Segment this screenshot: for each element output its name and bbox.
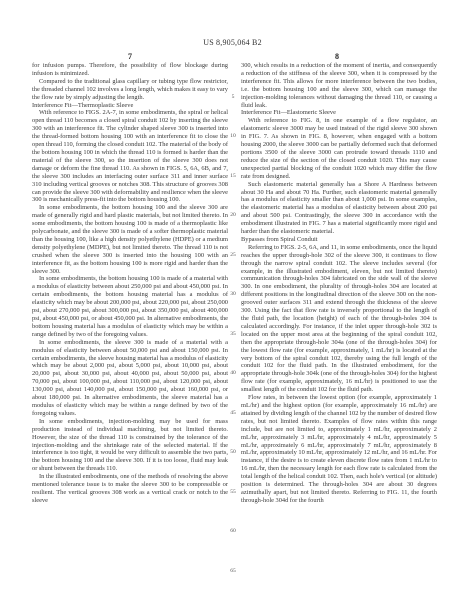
paragraph: In some embodiments, injection-molding m… <box>32 418 228 473</box>
right-column-page-number: 8 <box>327 52 347 61</box>
gutter-line-number: 20 <box>226 212 240 220</box>
section-heading: Interference Fit—Thermoplastic Sleeve <box>32 102 228 110</box>
gutter-line-number: 30 <box>226 291 240 299</box>
paragraph: for infusion pumps. Therefore, the possi… <box>32 62 228 78</box>
section-heading: Interference Fit—Elastomeric Sleeve <box>241 109 437 117</box>
gutter-line-number: 25 <box>226 252 240 260</box>
gutter-line-number: 55 <box>226 489 240 497</box>
paragraph: In the illustrated embodiments, one of t… <box>32 473 228 505</box>
gutter-line-number: 10 <box>226 133 240 141</box>
paragraph: 300, which results in a reduction of the… <box>241 62 437 109</box>
gutter-line-number: 40 <box>226 370 240 378</box>
paragraph: In some embodiments, the bottom housing … <box>32 275 228 338</box>
paragraph: In some embodiments, the bottom housing … <box>32 204 228 275</box>
gutter-line-number: 65 <box>226 568 240 576</box>
paragraph: Such elastomeric material generally has … <box>241 181 437 236</box>
gutter-line-number: 5 <box>226 94 240 102</box>
left-column-page-number: 7 <box>120 52 140 61</box>
left-text-column: for infusion pumps. Therefore, the possi… <box>32 62 228 505</box>
paragraph: Referring to FIGS. 2-5, 6A, and 11, in s… <box>241 244 437 394</box>
gutter-line-number: 45 <box>226 410 240 418</box>
gutter-line-number: 60 <box>226 528 240 536</box>
paragraph: Flow rates, in between the lowest option… <box>241 394 437 505</box>
section-heading: Bypasses from Spiral Conduit <box>241 236 437 244</box>
right-text-column: 300, which results in a reduction of the… <box>241 62 437 505</box>
patent-page: US 8,905,064 B2 7 8 for infusion pumps. … <box>0 0 465 599</box>
paragraph: With reference to FIG. 8, in one example… <box>241 117 437 180</box>
gutter-line-number: 35 <box>226 331 240 339</box>
line-number-gutter: 5101520253035404550556065 <box>226 62 240 582</box>
paragraph: With reference to FIGS. 2A-7, in some em… <box>32 109 228 204</box>
patent-number-header: US 8,905,064 B2 <box>0 38 465 47</box>
paragraph: In some embodiments, the sleeve 300 is m… <box>32 339 228 418</box>
gutter-line-number: 15 <box>226 173 240 181</box>
paragraph: Compared to the traditional glass capill… <box>32 78 228 102</box>
gutter-line-number: 50 <box>226 449 240 457</box>
